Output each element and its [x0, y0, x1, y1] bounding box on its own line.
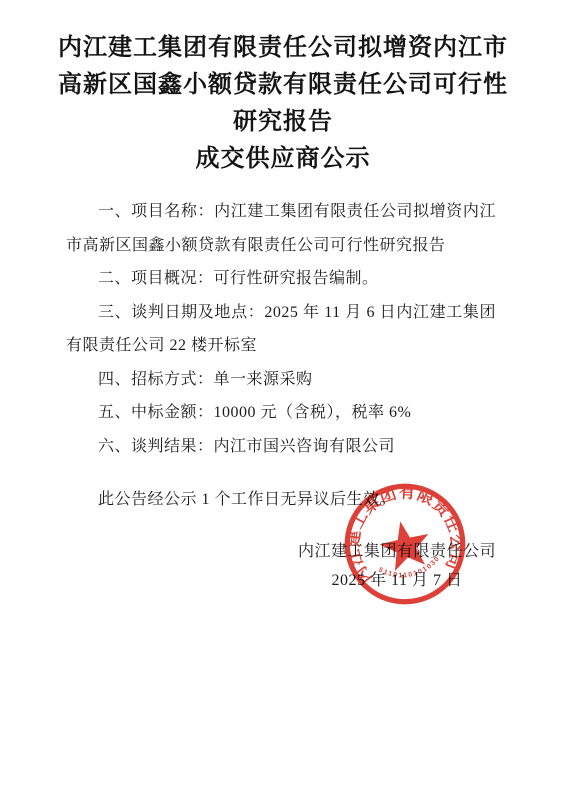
paragraph-award-amount: 五、中标金额：10000 元（含税），税率 6%: [66, 396, 496, 430]
title-line-4: 成交供应商公示: [0, 141, 566, 178]
signature-block: 内江建工集团有限责任公司 2025 年 11 月 7 日: [0, 537, 566, 595]
signature-company: 内江建工集团有限责任公司: [298, 537, 496, 566]
paragraph-negotiation-result: 六、谈判结果：内江市国兴咨询有限公司: [66, 430, 496, 464]
paragraph-project-name: 一、项目名称：内江建工集团有限责任公司拟增资内江市高新区国鑫小额贷款有限责任公司…: [66, 195, 496, 262]
paragraph-bidding-method: 四、招标方式：单一来源采购: [66, 363, 496, 397]
closing-note: 此公告经公示 1 个工作日无异议后生效。: [66, 483, 496, 517]
document-title: 内江建工集团有限责任公司拟增资内江市 高新区国鑫小额贷款有限责任公司可行性 研究…: [0, 0, 566, 178]
paragraph-project-overview: 二、项目概况：可行性研究报告编制。: [66, 262, 496, 296]
title-line-2: 高新区国鑫小额贷款有限责任公司可行性: [0, 67, 566, 104]
document-body: 一、项目名称：内江建工集团有限责任公司拟增资内江市高新区国鑫小额贷款有限责任公司…: [66, 195, 496, 517]
title-line-1: 内江建工集团有限责任公司拟增资内江市: [0, 30, 566, 67]
signature-date: 2025 年 11 月 7 日: [298, 566, 496, 595]
document-page: 内江建工集团有限责任公司拟增资内江市 高新区国鑫小额贷款有限责任公司可行性 研究…: [0, 0, 566, 796]
title-line-3: 研究报告: [0, 104, 566, 141]
paragraph-negotiation-date-place: 三、谈判日期及地点：2025 年 11 月 6 日内江建工集团有限责任公司 22…: [66, 296, 496, 363]
